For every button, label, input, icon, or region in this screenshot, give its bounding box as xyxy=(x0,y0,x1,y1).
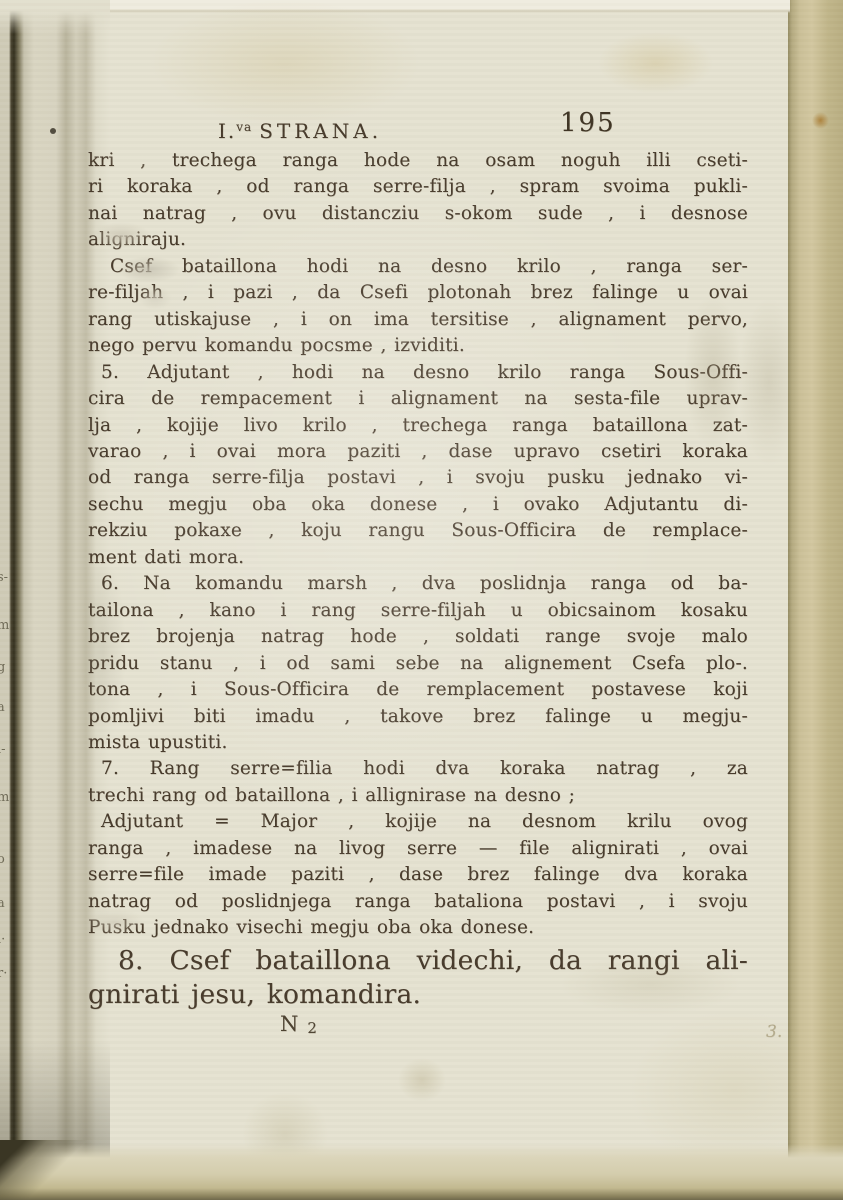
page-text-block: I.vaSTRANA. 195 kri , trechega ranga hod… xyxy=(88,112,748,1043)
text-line: serre=file imade paziti , dase brez fali… xyxy=(88,862,748,888)
section-title: STRANA. xyxy=(259,119,382,143)
text-line: trechi rang od bataillona , i alligniras… xyxy=(88,783,748,809)
text-line: cira de rempacement i alignament na sest… xyxy=(88,386,748,412)
text-line: aligniraju. xyxy=(88,227,748,253)
text-line: Csef bataillona hodi na desno krilo , ra… xyxy=(88,254,748,280)
stain xyxy=(398,1058,446,1102)
bottom-left-corner-shadow xyxy=(0,1140,90,1200)
text-line: ment dati mora. xyxy=(88,545,748,571)
text-line: od ranga serre-filja postavi , i svoju p… xyxy=(88,465,748,491)
faint-pencil-mark: 3. xyxy=(766,1019,782,1045)
gutter-fragment: i- xyxy=(0,742,10,757)
text-line: 8. Csef bataillona videchi, da rangi ali… xyxy=(88,944,748,978)
text-line: mista upustiti. xyxy=(88,730,748,756)
paragraph: 5. Adjutant , hodi na desno krilo ranga … xyxy=(88,360,748,572)
text-line: 6. Na komandu marsh , dva poslidnja rang… xyxy=(88,571,748,597)
section-heading: I.vaSTRANA. xyxy=(218,114,382,144)
text-line: rang utiskajuse , i on ima tersitise , a… xyxy=(88,307,748,333)
gutter-top-fade xyxy=(0,0,110,34)
section-superscript: va xyxy=(236,120,252,134)
text-line: re-filjah , i pazi , da Csefi plotonah b… xyxy=(88,280,748,306)
text-line: pridu stanu , i od sami sebe na aligneme… xyxy=(88,651,748,677)
running-header: I.vaSTRANA. 195 xyxy=(88,112,748,148)
text-line: ri koraka , od ranga serre-filja , spram… xyxy=(88,174,748,200)
text-line: kri , trechega ranga hode na osam noguh … xyxy=(88,148,748,174)
text-line: Pusku jednako visechi megju oba oka done… xyxy=(88,915,748,941)
text-line: nego pervu komandu pocsme , izviditi. xyxy=(88,333,748,359)
text-line: sechu megju oba oka donese , i ovako Adj… xyxy=(88,492,748,518)
signature-number: 2 xyxy=(307,1019,317,1037)
gutter-fragment: g xyxy=(0,660,10,675)
paragraph: Csef bataillona hodi na desno krilo , ra… xyxy=(88,254,748,360)
section-numeral: I. xyxy=(218,119,236,143)
paragraph: Adjutant = Major , kojije na desnom kril… xyxy=(88,809,748,941)
page-top-edge xyxy=(0,0,790,13)
text-line: tailona , kano i rang serre-filjah u obi… xyxy=(88,598,748,624)
text-line: natrag od poslidnjega ranga bataliona po… xyxy=(88,889,748,915)
display-paragraph: 8. Csef bataillona videchi, da rangi ali… xyxy=(88,944,748,1012)
gutter-fragment: s- xyxy=(0,570,10,585)
paragraph: 7. Rang serre=filia hodi dva koraka natr… xyxy=(88,756,748,809)
text-line: pomljivi biti imadu , takove brez faling… xyxy=(88,704,748,730)
signature-letter: N xyxy=(280,1012,298,1036)
text-line: brez brojenja natrag hode , soldati rang… xyxy=(88,624,748,650)
paragraph: 6. Na komandu marsh , dva poslidnja rang… xyxy=(88,571,748,756)
text-line: nai natrag , ovu distancziu s-okom sude … xyxy=(88,201,748,227)
page-footer: N2 3. xyxy=(88,1003,748,1043)
stain xyxy=(150,0,420,125)
text-line: tona , i Sous-Officira de remplacement p… xyxy=(88,677,748,703)
gutter-fragment: m xyxy=(0,790,10,805)
text-line: lja , kojije livo krilo , trechega ranga… xyxy=(88,413,748,439)
gutter-fragment: o xyxy=(0,852,10,867)
text-line: varao , i ovai mora paziti , dase upravo… xyxy=(88,439,748,465)
text-line: ranga , imadese na livog serre — file al… xyxy=(88,836,748,862)
text-line: 7. Rang serre=filia hodi dva koraka natr… xyxy=(88,756,748,782)
book-page-scan: s- m g a i- m o a i· r· I.vaSTRANA. 195 … xyxy=(0,0,843,1200)
page-number: 195 xyxy=(560,110,616,136)
gutter-fragment: m xyxy=(0,618,10,633)
text-line: rekziu pokaxe , koju rangu Sous-Officira… xyxy=(88,518,748,544)
stain xyxy=(598,32,713,94)
page-bottom-edge xyxy=(0,1144,843,1200)
text-line: Adjutant = Major , kojije na desnom kril… xyxy=(88,809,748,835)
paragraph: kri , trechega ranga hode na osam noguh … xyxy=(88,148,748,254)
page-right-edge xyxy=(788,0,843,1200)
gutter-fragment: a xyxy=(0,896,10,911)
gutter-fragment: i· xyxy=(0,932,10,947)
gutter-fragment: r· xyxy=(0,966,10,981)
signature-mark: N2 xyxy=(280,1011,317,1041)
text-line: 5. Adjutant , hodi na desno krilo ranga … xyxy=(88,360,748,386)
gutter-fragment: a xyxy=(0,700,10,715)
